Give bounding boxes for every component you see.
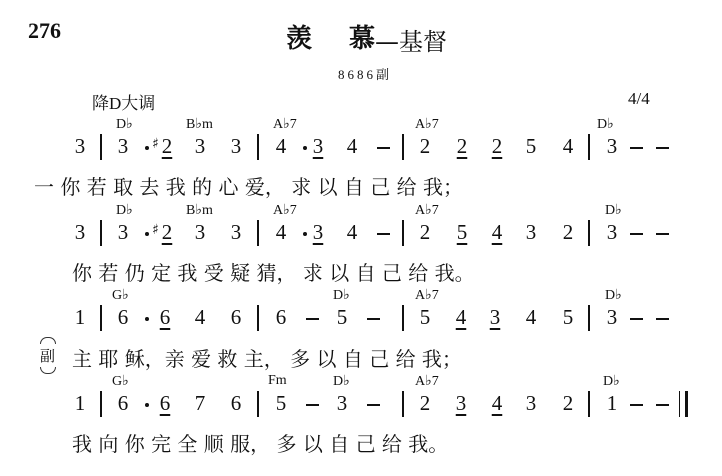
dotted-note-dot [145,146,149,150]
note: 4 [273,220,289,245]
chord-symbol: G♭ [112,287,129,304]
note: 3 [72,134,88,159]
chord-symbol: D♭ [605,202,622,219]
note: 4 [273,134,289,159]
sharp-icon: ♯ [152,222,159,238]
time-signature: 4/4 [628,89,650,109]
eighth-note: 2 [159,134,175,159]
note: 2 [417,220,433,245]
eighth-note: 3 [310,134,326,159]
note: 3 [604,305,620,330]
chord-symbol: A♭7 [415,287,439,304]
note: 7 [192,391,208,416]
extension-dash [630,233,643,235]
note: 3 [115,134,131,159]
barline [257,305,259,331]
meter: 8686副 [338,64,392,83]
barline [257,391,259,417]
extension-dash [630,404,643,406]
extension-dash [306,318,319,320]
dotted-note-dot [303,232,307,236]
extension-dash [656,233,669,235]
hymn-number: 276 [28,18,61,44]
note: 3 [72,220,88,245]
eighth-note: 4 [453,305,469,330]
note: 3 [523,220,539,245]
barline [257,220,259,246]
lyric-line: 你 若 仍 定 我 受 疑 猜， 求 以 自 己 给 我。 [72,257,475,286]
lyric-line: 一 你 若 取 去 我 的 心 爱， 求 以 自 己 给 我； [34,171,463,200]
sharp-icon: ♯ [152,136,159,152]
barline [588,134,590,160]
dotted-note-dot [145,403,149,407]
extension-dash [656,404,669,406]
eighth-note: 3 [310,220,326,245]
chord-symbol: D♭ [597,116,614,133]
chord-symbol: D♭ [605,287,622,304]
note: 6 [228,305,244,330]
extension-dash [656,147,669,149]
eighth-note: 6 [157,391,173,416]
extension-dash [367,404,380,406]
note: 6 [115,391,131,416]
note: 2 [417,134,433,159]
note: 4 [560,134,576,159]
chord-symbol: G♭ [112,373,129,390]
note: 3 [228,220,244,245]
barline [100,305,102,331]
note: 3 [192,134,208,159]
dotted-note-dot [145,317,149,321]
lyric-line: 主 耶 稣，亲 爱 救 主， 多 以 自 己 给 我； [72,343,462,372]
chord-symbol: D♭ [116,116,133,133]
chord-symbol: A♭7 [273,116,297,133]
barline [588,305,590,331]
note: 5 [273,391,289,416]
chorus-label: 副 [40,345,55,366]
hymn-subtitle: —基督 [375,22,447,57]
eighth-note: 2 [489,134,505,159]
chord-symbol: A♭7 [273,202,297,219]
note: 4 [344,134,360,159]
barline [100,391,102,417]
extension-dash [656,318,669,320]
chord-symbol: D♭ [116,202,133,219]
chord-symbol: D♭ [603,373,620,390]
extension-dash [306,404,319,406]
extension-dash [630,318,643,320]
note: 3 [115,220,131,245]
barline [100,220,102,246]
note: 3 [228,134,244,159]
note: 3 [334,391,350,416]
eighth-note: 6 [157,305,173,330]
chord-symbol: B♭m [186,116,213,133]
extension-dash [377,147,390,149]
eighth-note: 4 [489,220,505,245]
chord-symbol: D♭ [333,373,350,390]
chord-symbol: A♭7 [415,116,439,133]
dotted-note-dot [145,232,149,236]
eighth-note: 2 [454,134,470,159]
chorus-bracket-bottom [40,367,56,374]
note: 5 [523,134,539,159]
note: 6 [115,305,131,330]
eighth-note: 4 [489,391,505,416]
note: 6 [273,305,289,330]
note: 1 [72,305,88,330]
key-signature: 降D大调 [92,89,155,114]
eighth-note: 5 [454,220,470,245]
note: 4 [344,220,360,245]
note: 3 [192,220,208,245]
chord-symbol: A♭7 [415,373,439,390]
chord-symbol: Fm [268,373,287,389]
note: 2 [560,220,576,245]
lyric-line: 我 向 你 完 全 顺 服， 多 以 自 己 给 我。 [72,428,448,457]
eighth-note: 2 [159,220,175,245]
note: 3 [523,391,539,416]
extension-dash [367,318,380,320]
note: 5 [417,305,433,330]
extension-dash [630,147,643,149]
barline [588,391,590,417]
note: 3 [604,134,620,159]
note: 5 [334,305,350,330]
note: 1 [72,391,88,416]
extension-dash [377,233,390,235]
barline [402,134,404,160]
note: 1 [604,391,620,416]
eighth-note: 3 [487,305,503,330]
barline [402,391,404,417]
hymn-title: 羡 慕 [286,18,389,55]
chord-symbol: B♭m [186,202,213,219]
barline [402,220,404,246]
final-barline [679,391,688,417]
note: 4 [192,305,208,330]
note: 3 [604,220,620,245]
note: 2 [560,391,576,416]
note: 2 [417,391,433,416]
chord-symbol: D♭ [333,287,350,304]
note: 5 [560,305,576,330]
note: 4 [523,305,539,330]
barline [257,134,259,160]
note: 6 [228,391,244,416]
barline [588,220,590,246]
chord-symbol: A♭7 [415,202,439,219]
dotted-note-dot [303,146,307,150]
chorus-bracket-top [40,337,56,344]
eighth-note: 3 [453,391,469,416]
barline [402,305,404,331]
barline [100,134,102,160]
